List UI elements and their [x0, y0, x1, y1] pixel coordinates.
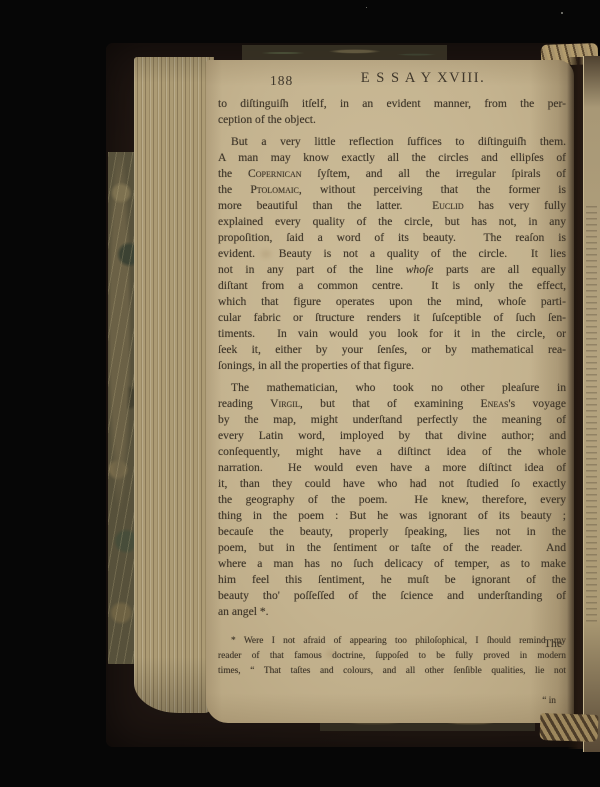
page-edges-stack	[134, 57, 214, 713]
text-line: it, than they could have who had not ſtu…	[218, 476, 566, 492]
text-line: cular fabric or ſtructure renders it ſuſ…	[218, 310, 566, 326]
facing-page-sliver	[583, 56, 600, 752]
dust-speck	[366, 7, 367, 8]
book-scan: 188 E S S A Y XVIII. to diſtinguiſh itſe…	[0, 0, 600, 787]
text-line: beauty tho' poſſeſſed of the ſcience and…	[218, 588, 566, 604]
gutter-shadow	[567, 57, 584, 749]
text-line: reading Virgil, but that of examining En…	[218, 396, 566, 412]
text-line: diſtant from a common centre. It is only…	[218, 278, 566, 294]
footnote-paragraphs: * Were I not afraid of appearing too phi…	[218, 634, 566, 679]
paragraph: The mathematician, who took no other ple…	[218, 380, 566, 620]
text-line: to diſtinguiſh itſelf, in an evident man…	[218, 96, 566, 112]
text-line: ſonings, in all the properties of that f…	[218, 358, 566, 374]
text-line: becauſe the beauty, properly ſpeaking, l…	[218, 524, 566, 540]
text-line: thing in the poem : But he was ignorant …	[218, 508, 566, 524]
facing-page-text-bleed	[586, 206, 597, 626]
footnote-catchword: “ in	[218, 679, 566, 724]
text-line: conſequently, might have a diſtinct idea…	[218, 444, 566, 460]
text-line: timents. In vain would you look for it i…	[218, 326, 566, 342]
text-line: ception of the object.	[218, 112, 566, 128]
text-line: him feel this ſentiment, he muſt be igno…	[218, 572, 566, 588]
text-line: A man may know exactly all the circles a…	[218, 150, 566, 166]
dust-speck	[561, 12, 563, 14]
headband-bottom	[540, 713, 599, 742]
text-line: an angel *.	[218, 604, 566, 620]
text-line: the Ptolomaic, without perceiving that t…	[218, 182, 566, 198]
text-line: ſeek it, either by your ſenſes, or by ma…	[218, 342, 566, 358]
text-line: not in any part of the line whoſe parts …	[218, 262, 566, 278]
text-line: by the map, might underſtand perfectly t…	[218, 412, 566, 428]
book-page: 188 E S S A Y XVIII. to diſtinguiſh itſe…	[206, 60, 574, 723]
text-line: where a man has no ſuch delicacy of temp…	[218, 556, 566, 572]
paragraph: * Were I not afraid of appearing too phi…	[218, 634, 566, 679]
text-line: explained every quality of the circle, b…	[218, 214, 566, 230]
marbled-board-top-edge	[242, 45, 447, 61]
text-line: every Latin word, imployed by that divin…	[218, 428, 566, 444]
text-line: * Were I not afraid of appearing too phi…	[218, 634, 566, 649]
text-line: evident. Beauty is not a quality of the …	[218, 246, 566, 262]
page-header: 188 E S S A Y XVIII.	[218, 70, 566, 92]
text-line: more beautiful than the latter. Euclid h…	[218, 198, 566, 214]
body-text: to diſtinguiſh itſelf, in an evident man…	[218, 96, 566, 668]
text-line: reader of that famous doctrine, ſuppoſed…	[218, 649, 566, 664]
text-line: which that figure operates upon the mind…	[218, 294, 566, 310]
text-line: the Copernican ſyſtem, and all the irreg…	[218, 166, 566, 182]
paragraph: to diſtinguiſh itſelf, in an evident man…	[218, 96, 566, 128]
text-line: But a very little reflection ſuffices to…	[218, 134, 566, 150]
running-title: E S S A Y XVIII.	[218, 70, 566, 87]
body-paragraphs: to diſtinguiſh itſelf, in an evident man…	[218, 96, 566, 620]
text-line: times, “ That taſtes and colours, and al…	[218, 664, 566, 679]
footnote: * Were I not afraid of appearing too phi…	[218, 634, 566, 724]
paragraph: But a very little reflection ſuffices to…	[218, 134, 566, 374]
text-line: propoſition, ſaid a word of its beauty. …	[218, 230, 566, 246]
text-line: The mathematician, who took no other ple…	[218, 380, 566, 396]
text-line: narration. He would even have a more diſ…	[218, 460, 566, 476]
text-line: the geography of the poem. He knew, ther…	[218, 492, 566, 508]
text-line: poem, but in the ſentiment or taſte of t…	[218, 540, 566, 556]
